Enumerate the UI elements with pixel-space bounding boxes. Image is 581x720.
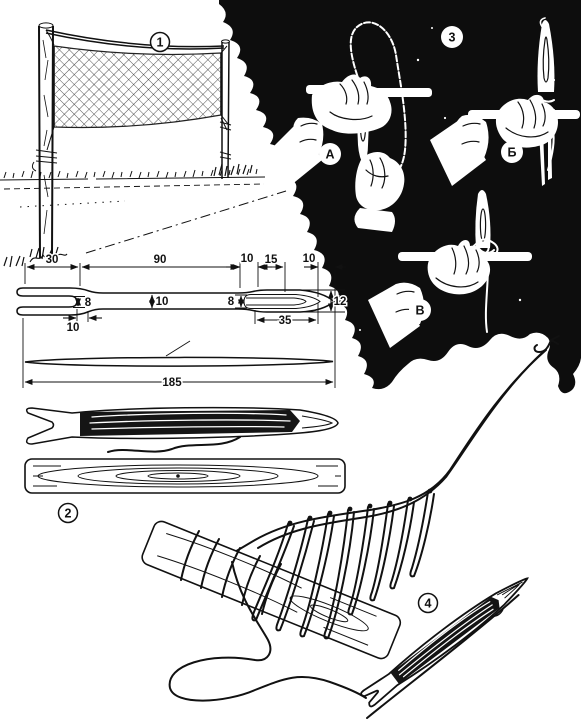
side-view-leader [166, 341, 190, 356]
dim-185: 185 [162, 377, 182, 389]
net-top-cable [46, 30, 224, 49]
step-b-label: Б [501, 141, 523, 163]
step-a-letter: А [325, 148, 334, 162]
dim-8-eye: 8 [228, 296, 235, 308]
knot-steps-panel: А Б [219, 0, 581, 393]
dim-10-body: 10 [156, 296, 169, 308]
shuttle-side-view [25, 357, 333, 366]
loaded-shuttle [27, 408, 338, 452]
dim-90: 90 [154, 254, 167, 266]
loaded-shuttle-tip-lines [302, 416, 332, 428]
grain-knot [176, 474, 180, 478]
shuttle-top-view [17, 288, 334, 315]
dim-30: 30 [46, 254, 59, 266]
figure-1-label: 1 [151, 33, 170, 52]
shuttle-dimension-drawing: 30 90 10 15 10 8 10 10 8 12 35 185 [17, 253, 346, 389]
loaded-shuttle-and-board: 2 [25, 408, 345, 523]
ground-shuttle-winding [391, 595, 503, 684]
net-mesh [54, 46, 221, 128]
step-b-letter: Б [508, 146, 517, 160]
step-v-letter: В [415, 304, 424, 318]
dim-15: 15 [265, 254, 278, 266]
shuttle-eye-slot [244, 295, 320, 309]
figure-3-number: 3 [449, 31, 456, 45]
court-line-diagonal [86, 191, 286, 253]
foundation-cord-2 [258, 352, 543, 548]
dim-10-tip: 10 [303, 253, 316, 265]
figure-2-label: 2 [59, 504, 78, 523]
gauge-board [25, 459, 345, 493]
casting-on-scene: 4 [140, 336, 559, 718]
court-line-dashed [4, 184, 264, 189]
figure-3-label: 3 [441, 26, 463, 48]
figure-2-number: 2 [65, 507, 72, 521]
step-v-label: В [409, 299, 431, 321]
dim-10-web: 10 [67, 322, 80, 334]
dim-8-fork: 8 [85, 297, 92, 309]
figure-4-label: 4 [419, 594, 438, 613]
board-outline [25, 459, 345, 493]
figure-1-number: 1 [157, 36, 164, 50]
step-a-label: А [319, 143, 341, 165]
shuttle-eye-tongue [246, 298, 306, 305]
dim-12: 12 [334, 296, 347, 308]
dim-35: 35 [279, 315, 292, 327]
dim-10-taper: 10 [241, 253, 254, 265]
trailing-cord [108, 437, 240, 452]
court-line-dots [20, 201, 125, 207]
net-making-instructional-plate: 1 [0, 0, 581, 720]
figure-4-number: 4 [425, 597, 432, 611]
